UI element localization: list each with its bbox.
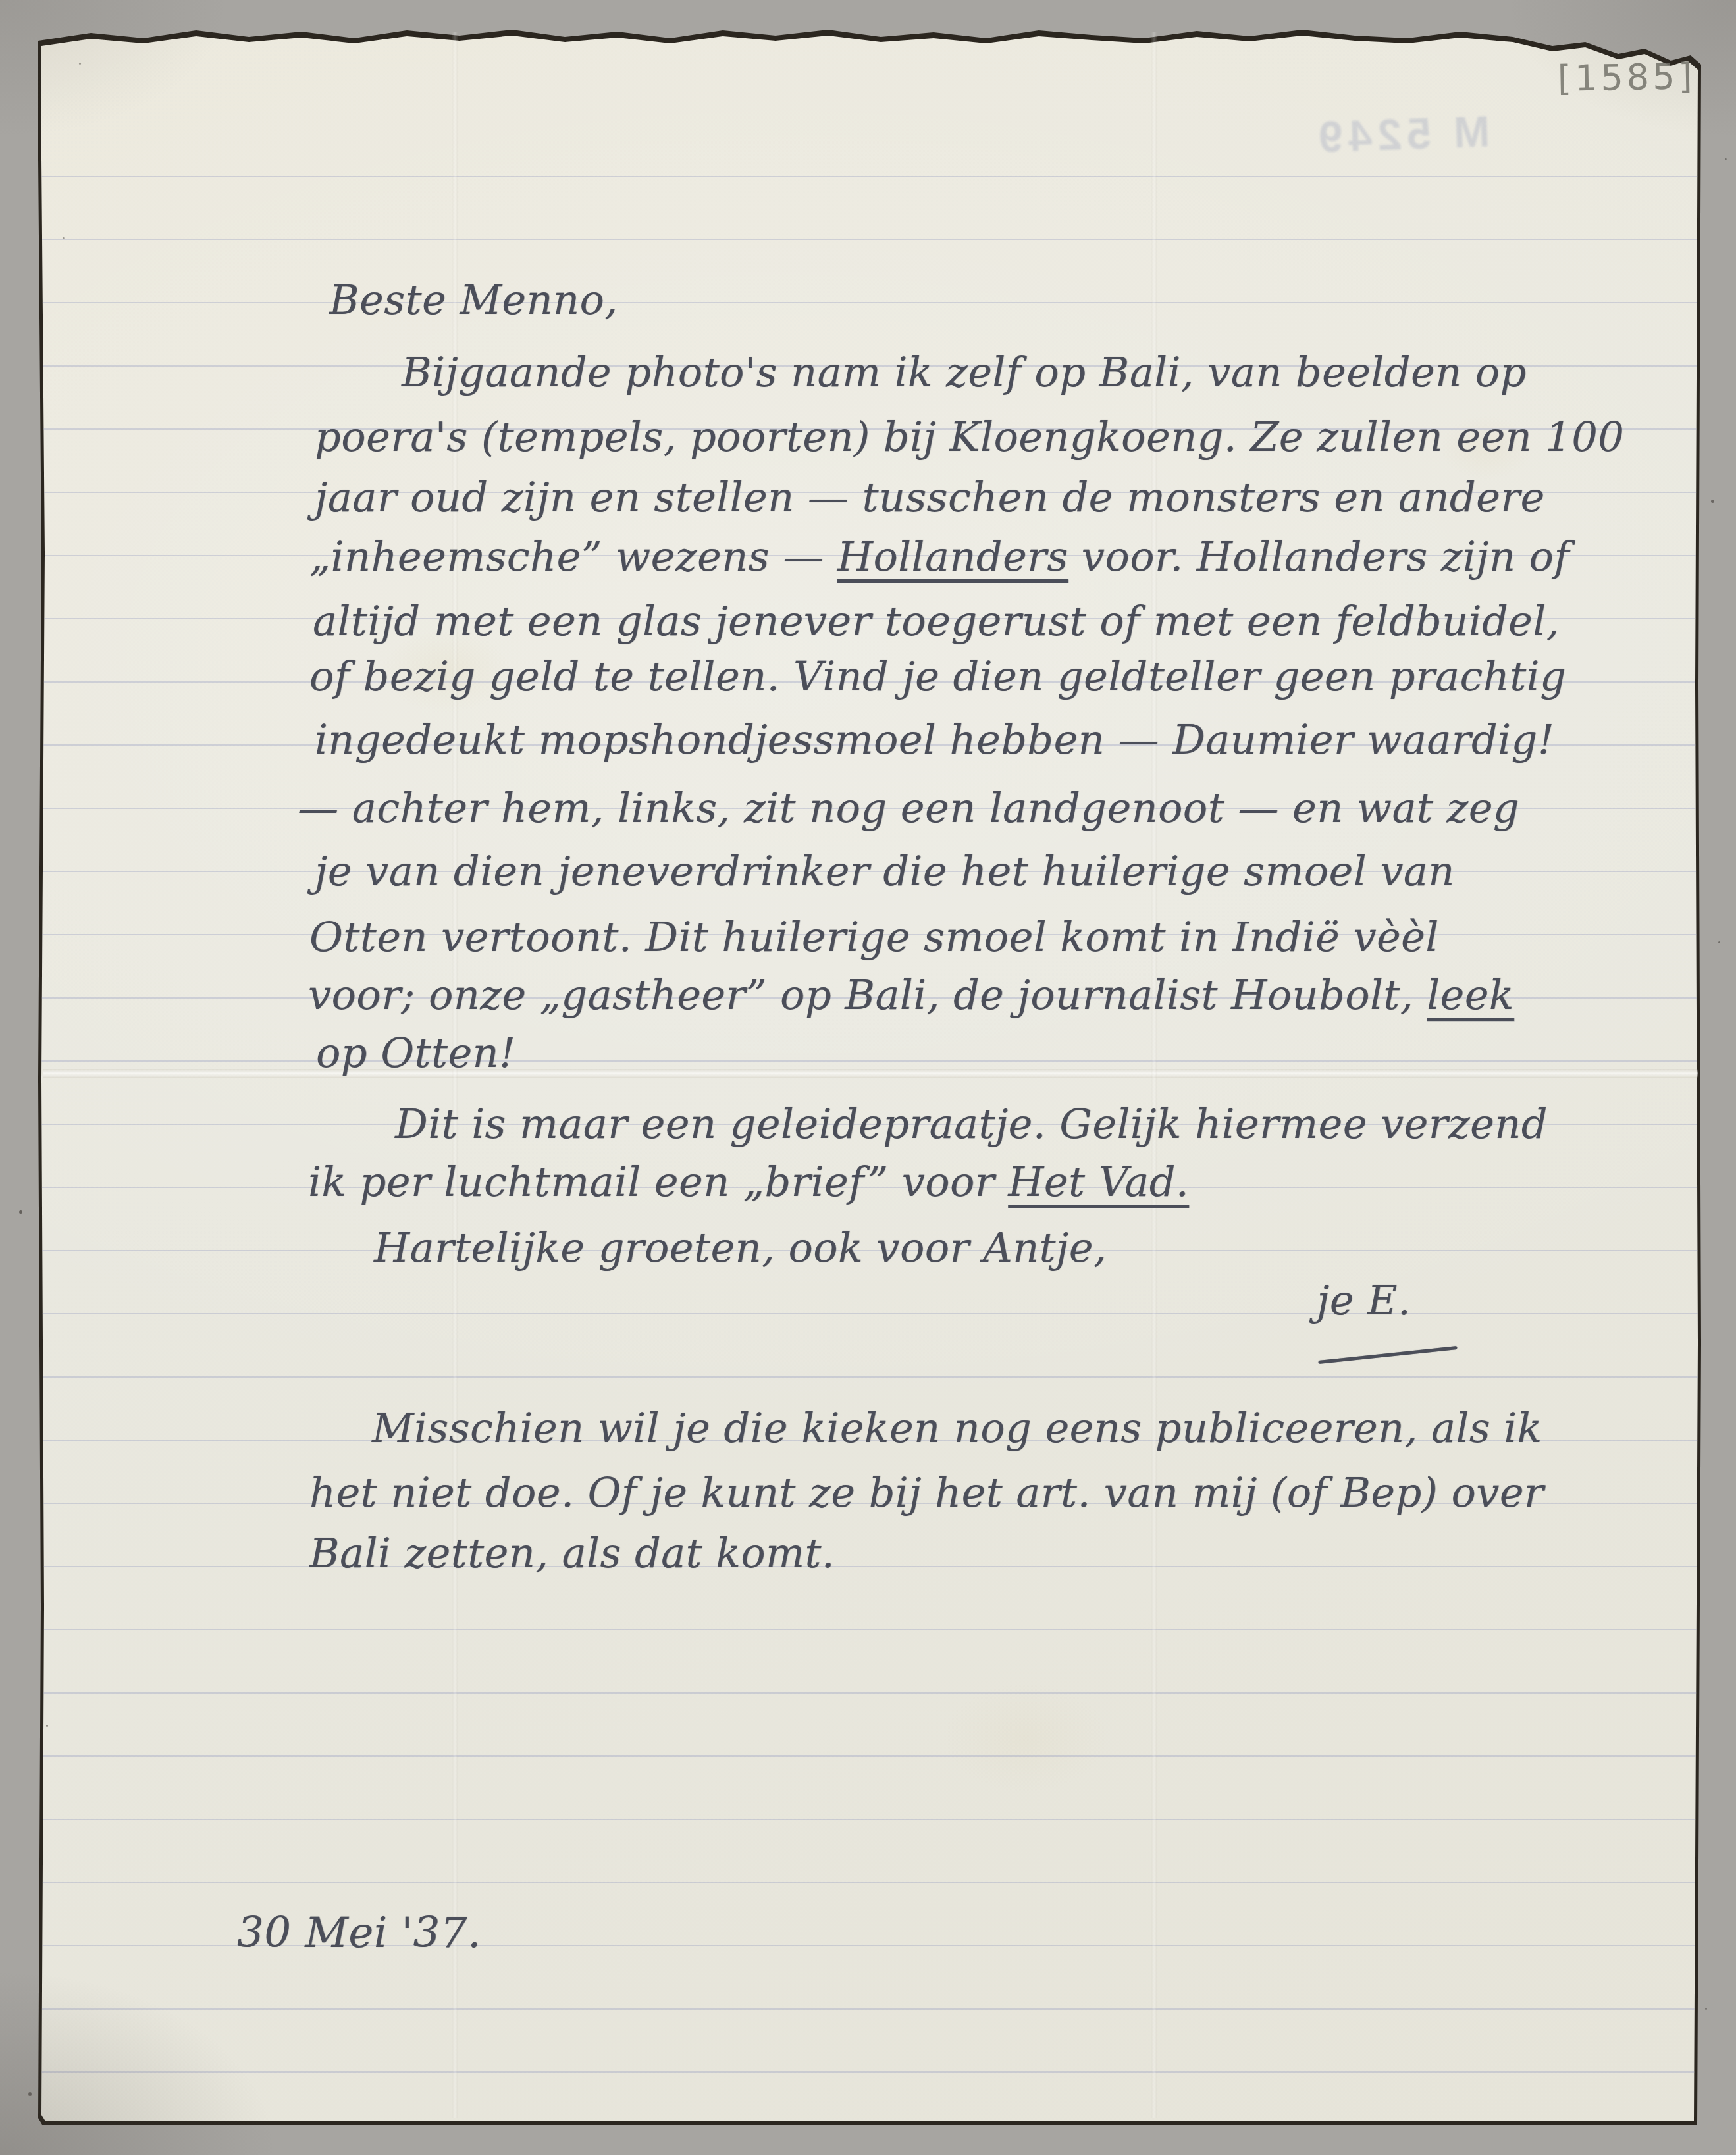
text-segment: of bezig geld te tellen. Vind je dien ge… — [309, 652, 1566, 700]
underlined-word: leek — [1427, 971, 1514, 1019]
signature-underline-flourish — [1318, 1346, 1457, 1364]
postscript-line: het niet doe. Of je kunt ze bij het art.… — [309, 1461, 1544, 1524]
text-segment: ik per luchtmail een „brief” voor — [308, 1158, 1008, 1206]
letter-line: Dit is maar een geleidepraatje. Gelijk h… — [395, 1093, 1548, 1155]
text-segment: je van dien jeneverdrinker die het huile… — [315, 847, 1455, 895]
text-segment: jaar oud zijn en stellen — tusschen de m… — [315, 473, 1545, 521]
bleedthrough-stamp: M 5249 — [1313, 106, 1491, 162]
text-segment: het niet doe. Of je kunt ze bij het art.… — [309, 1468, 1544, 1517]
text-segment: Bali zetten, als dat komt. — [309, 1529, 835, 1577]
date-line: 30 Mei '37. — [237, 1902, 481, 1965]
letter-line: altijd met een glas jenever toegerust of… — [313, 590, 1560, 652]
text-segment: voor. Hollanders zijn of — [1068, 532, 1569, 581]
postscript-line: Misschien wil je die kieken nog eens pub… — [372, 1397, 1542, 1459]
text-segment: poera's (tempels, poorten) bij Kloengkoe… — [315, 413, 1624, 461]
handwriting-layer: [1585] M 5249 Beste Menno, Bijgaande pho… — [0, 0, 1736, 2155]
text-segment: Beste Menno, — [329, 276, 618, 324]
postscript-line: Bali zetten, als dat komt. — [309, 1522, 835, 1584]
letter-line: Otten vertoont. Dit huilerige smoel komt… — [309, 906, 1439, 968]
scanner-dust-specks — [0, 0, 2, 2]
archival-number: [1585] — [1557, 55, 1696, 99]
letter-line-salutation: Beste Menno, — [329, 269, 618, 331]
letter-line: Bijgaande photo's nam ik zelf op Bali, v… — [402, 341, 1527, 403]
letter-line: ik per luchtmail een „brief” voor Het Va… — [308, 1151, 1189, 1213]
letter-line: je van dien jeneverdrinker die het huile… — [315, 840, 1455, 902]
letter-line: op Otten! — [316, 1022, 515, 1084]
letter-line: jaar oud zijn en stellen — tusschen de m… — [315, 466, 1545, 529]
date-text: 30 Mei '37. — [237, 1909, 481, 1958]
scanned-letter-page: [1585] M 5249 Beste Menno, Bijgaande pho… — [0, 0, 1736, 2155]
letter-line: — achter hem, links, zit nog een landgen… — [298, 777, 1519, 839]
text-segment: Dit is maar een geleidepraatje. Gelijk h… — [395, 1100, 1548, 1148]
text-segment: Otten vertoont. Dit huilerige smoel komt… — [309, 913, 1439, 961]
letter-line: voor; onze „gastheer” op Bali, de journa… — [308, 964, 1514, 1026]
letter-line: poera's (tempels, poorten) bij Kloengkoe… — [315, 405, 1624, 468]
text-segment: voor; onze „gastheer” op Bali, de journa… — [308, 971, 1427, 1019]
signature: je E. — [1317, 1269, 1411, 1332]
text-segment: altijd met een glas jenever toegerust of… — [313, 597, 1560, 645]
letter-line: „inheemsche” wezens — Hollanders voor. H… — [309, 525, 1569, 588]
text-segment: — achter hem, links, zit nog een landgen… — [298, 784, 1519, 832]
text-segment: Hartelijke groeten, ook voor Antje, — [374, 1224, 1107, 1272]
letter-line-closing: Hartelijke groeten, ook voor Antje, — [374, 1216, 1107, 1279]
underlined-word: Het Vad. — [1008, 1158, 1189, 1206]
letter-line: of bezig geld te tellen. Vind je dien ge… — [309, 645, 1566, 708]
letter-line: ingedeukt mopshondjessmoel hebben — Daum… — [315, 708, 1554, 771]
underlined-word: Hollanders — [837, 532, 1068, 581]
signature-text: je E. — [1317, 1276, 1411, 1324]
text-segment: Misschien wil je die kieken nog eens pub… — [372, 1404, 1542, 1452]
text-segment: ingedeukt mopshondjessmoel hebben — Daum… — [315, 715, 1554, 764]
text-segment: „inheemsche” wezens — — [309, 532, 837, 581]
text-segment: Bijgaande photo's nam ik zelf op Bali, v… — [402, 348, 1527, 396]
text-segment: op Otten! — [316, 1029, 515, 1077]
